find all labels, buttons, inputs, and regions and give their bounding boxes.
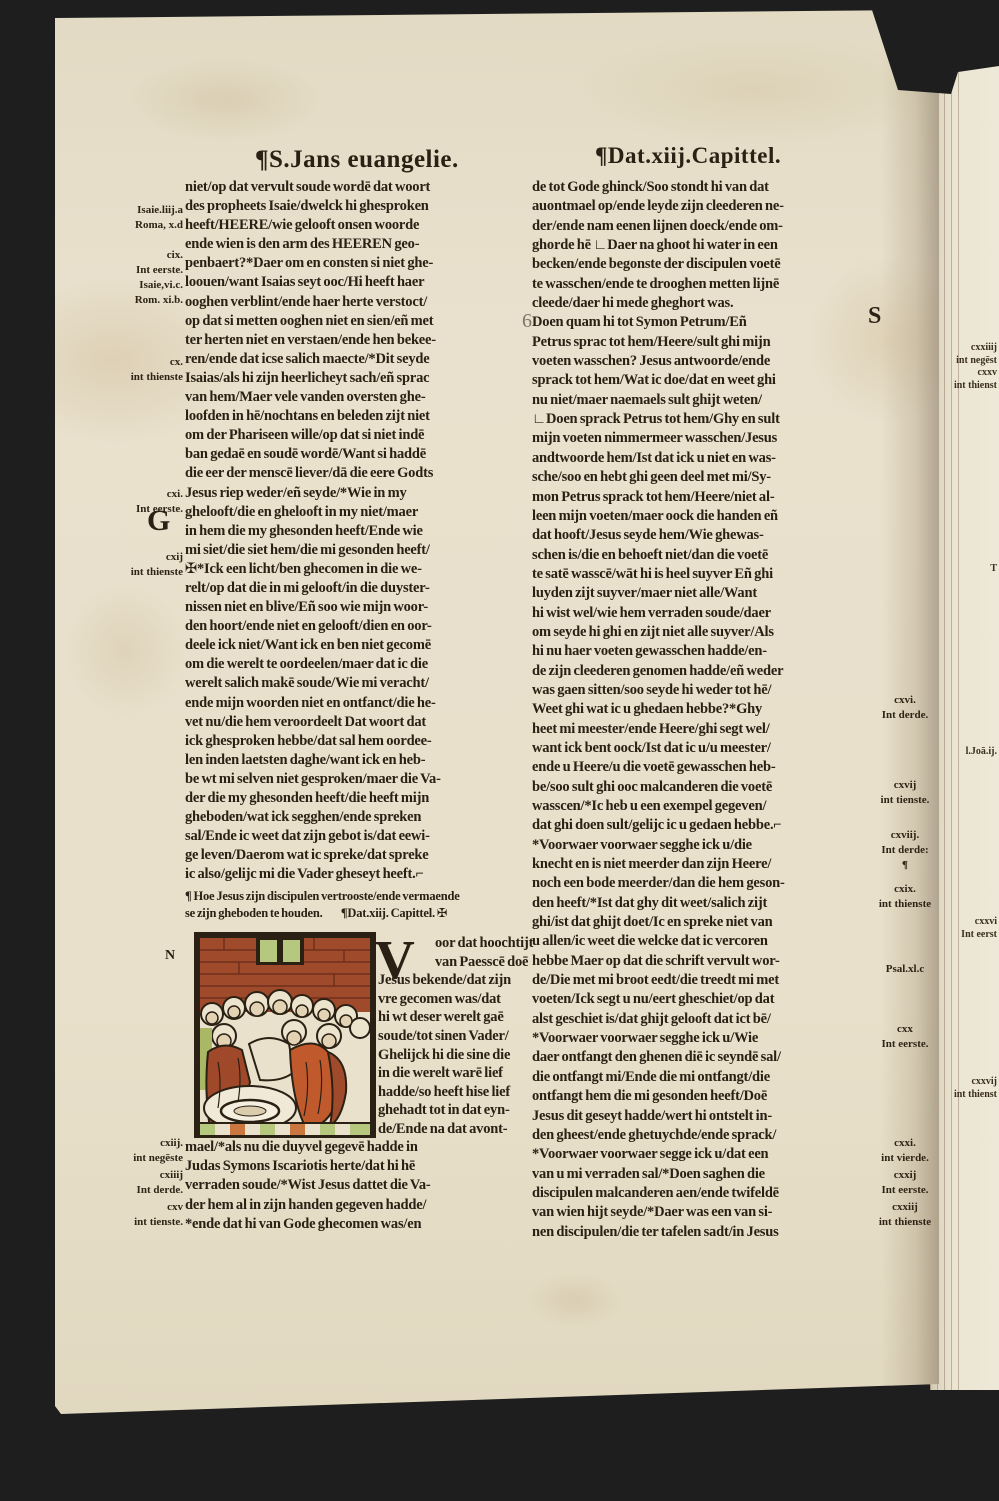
text-line: ghehadt tot in dat eyn- — [378, 1101, 524, 1120]
text-line: Doen quam hi tot Symon Petrum/Eñ — [532, 313, 874, 332]
left-column-text-bottom: mael/*als nu die duyvel gegevē hadde inJ… — [185, 1138, 523, 1234]
text-line: Ghelijck hi die sine die — [378, 1046, 524, 1065]
text-line: ic also/gelijc mi die Vader gheseyt heef… — [185, 865, 523, 884]
text-line: op dat si metten ooghen niet en sien/eñ … — [185, 312, 523, 331]
text-line: van Paesscē doē — [378, 953, 524, 972]
margin-note: cx.int thienste — [83, 355, 183, 385]
text-line: vre gecomen was/dat — [378, 990, 524, 1009]
text-line: ter herten niet en verstaen/ende hen bek… — [185, 331, 523, 350]
text-line: ende wien is den arm des HEEREN geo- — [185, 235, 523, 254]
last-supper-woodcut-illustration — [194, 932, 376, 1138]
margin-note-line: cxxv — [935, 367, 997, 380]
text-line: ∟Doen sprack Petrus tot hem/Ghy en sult — [532, 410, 874, 429]
text-line: voeten/Ick segt u nu/eert gheschiet/op d… — [532, 990, 874, 1009]
text-line: werelt salich makē soude/Wie mi veracht/ — [185, 674, 523, 693]
margin-note-line: Isaie.liij.a — [83, 203, 183, 218]
text-line: om der Phariseen wille/op dat si niet in… — [185, 426, 523, 445]
margin-note-line: cxi. — [83, 487, 183, 502]
text-line: mon Petrus sprack tot hem/Heere/niet al- — [532, 488, 874, 507]
text-line: Jesus dit geseyt hadde/wert hi ontstelt … — [532, 1107, 874, 1126]
text-line: noch een bode meerder/dan die hem geson- — [532, 874, 874, 893]
text-line: dat ghi doen sult/gelijc ic u gedaen heb… — [532, 816, 874, 835]
text-line: hadde/so heeft hise lief — [378, 1083, 524, 1102]
text-line: cleede/daer hi mede gheghort was. — [532, 294, 874, 313]
text-line: verraden soude/*Wist Jesus dattet die Va… — [185, 1176, 523, 1195]
text-line: de/Die met mi broot eedt/die treedt mi m… — [532, 971, 874, 990]
text-line: *Voorwaer voorwaer segge ick u/dat een — [532, 1145, 874, 1164]
margin-note: cxiij.int negēste — [83, 1136, 183, 1166]
left-column-text: niet/op dat vervult soude wordē dat woor… — [185, 178, 523, 884]
text-line: knecht en is niet meerder dan zijn Heere… — [532, 855, 874, 874]
text-line: in hem die my ghesonden heeft/Ende wie — [185, 522, 523, 541]
text-line: leen mijn voeten/maer oock die handen eñ — [532, 507, 874, 526]
text-line: vet nu/die hem veroordeelt Dat woort dat — [185, 713, 523, 732]
margin-note-line: cxv — [83, 1200, 183, 1215]
text-line: *Voorwaer voorwaer segghe ick u/Wie — [532, 1029, 874, 1048]
text-line: daer ontfangt den ghenen diē ic seyndē s… — [532, 1048, 874, 1067]
margin-note-line: int thienste — [83, 565, 183, 580]
text-line: deele ick niet/Want ick en ben niet geco… — [185, 636, 523, 655]
margin-note-line: l.Joā.ij. — [935, 746, 997, 759]
page-edge-note: cxxvijint thienst — [935, 1076, 997, 1101]
margin-note-line: cx. — [83, 355, 183, 370]
text-line: der die my ghesonden heeft/die heeft mij… — [185, 789, 523, 808]
text-line: ren/ende dat icse salich maecte/*Dit sey… — [185, 350, 523, 369]
text-line: de tot Gode ghinck/Soo stondt hi van dat — [532, 178, 874, 197]
margin-note-line: cxxiiij — [935, 342, 997, 355]
page-edge-note: cxxviInt eerst — [935, 916, 997, 941]
text-line: *Voorwaer voorwaer segghe ick u/die — [532, 836, 874, 855]
margin-note-line: cix. — [83, 248, 183, 263]
text-line: om seyde hi ghi en zijt niet alle suyver… — [532, 623, 874, 642]
text-line: Weet ghi wat ic u ghedaen hebbe?*Ghy — [532, 700, 874, 719]
text-line: ende mijn woorden niet en ontfanct/die h… — [185, 694, 523, 713]
text-line: de zijn cleederen genomen hadde/eñ weder — [532, 662, 874, 681]
text-line: sche/soo en hebt ghi geen deel met mi/Sy… — [532, 468, 874, 487]
text-line: ghelooft/die en ghelooft in my niet/maer — [185, 503, 523, 522]
text-line: hi nu haer voeten gewasschen hadde/en- — [532, 642, 874, 661]
text-line: dat hooft/Jesus seyde hem/Wie ghewas- — [532, 526, 874, 545]
margin-note-line: cxij — [83, 550, 183, 565]
text-line: der hem al in zijn handen gegeven hadde/ — [185, 1196, 523, 1215]
margin-note-line: cxiiij — [83, 1168, 183, 1183]
text-line: in die werelt warē lief — [378, 1064, 524, 1083]
margin-mark: N — [165, 948, 175, 964]
text-line: de/Ende na dat avont- — [378, 1120, 524, 1139]
text-line: discipulen malcanderen aen/ende twifeldē — [532, 1184, 874, 1203]
margin-note: cix.Int eerste.Isaie,vi.c.Rom. xi.b. — [83, 248, 183, 308]
text-line: nen discipulen/die ter tafelen sadt/in J… — [532, 1223, 874, 1242]
margin-note-line: cxiij. — [83, 1136, 183, 1151]
text-line: ooghen verblint/ende haer herte verstoct… — [185, 293, 523, 312]
text-line: be/soo sult ghi ooc malcanderen die voet… — [532, 778, 874, 797]
text-line: van wien hijt seyde/*Daer was een van si… — [532, 1203, 874, 1222]
margin-note-line: int negēste — [83, 1151, 183, 1166]
text-line: loouen/want Isaias seyt ooc/Hi heeft hae… — [185, 273, 523, 292]
text-line: om die werelt te oordeelen/maer dat ic d… — [185, 655, 523, 674]
text-line: auontmael op/ende leyde zijn cleederen n… — [532, 197, 874, 216]
text-line: ✠*Ick een licht/ben ghecomen in die we- — [185, 560, 523, 579]
text-line: Judas Symons Iscariotis herte/dat hi hē — [185, 1157, 523, 1176]
text-line: voeten wasschen? Jesus antwoorde/ende — [532, 352, 874, 371]
margin-note-line: int negēst — [935, 355, 997, 368]
text-line: len inden laetsten daghe/want ick en heb… — [185, 751, 523, 770]
text-line: oor dat hoochtijt — [378, 934, 524, 953]
caption-line: ¶ Hoe Jesus zijn discipulen vertrooste/e… — [185, 888, 530, 905]
text-line: nissen niet en blive/Eñ soo wie mijn woo… — [185, 598, 523, 617]
text-line: die ontfangt mi/Ende die mi ontfangt/die — [532, 1068, 874, 1087]
gutter-shadow — [881, 10, 939, 1422]
text-line: penbaert?*Daer om en consten si niet ghe… — [185, 254, 523, 273]
margin-note-line: cxxvi — [935, 916, 997, 929]
text-line: den gheest/ende ghetuychde/ende sprack/ — [532, 1126, 874, 1145]
margin-note-line: int thienst — [935, 380, 997, 393]
text-line: heeft/HEERE/wie gelooft onsen woorde — [185, 216, 523, 235]
text-line: van u mi verraden sal/*Doen saghen die — [532, 1165, 874, 1184]
margin-note-line: T — [935, 563, 997, 576]
text-line: soude/tot sinen Vader/ — [378, 1027, 524, 1046]
text-line: Jesus bekende/dat zijn — [378, 971, 524, 990]
text-line: Petrus sprac tot hem/Heere/sult ghi mijn — [532, 333, 874, 352]
text-line: hi wt deser werelt gaē — [378, 1008, 524, 1027]
margin-guide-letter-g: G — [147, 504, 170, 538]
right-column-text: de tot Gode ghinck/Soo stondt hi van dat… — [532, 178, 874, 1242]
text-line: alst geschiet is/dat ghijt gelooft dat i… — [532, 1010, 874, 1029]
margin-note-line: Int eerst — [935, 929, 997, 942]
text-line: want ick bent oock/Ist dat ic u/u meeste… — [532, 739, 874, 758]
margin-note-line: int thienste — [83, 370, 183, 385]
handwritten-folio-number: 6 — [522, 310, 532, 333]
text-line: Isaias/als hi zijn heerlicheyt sach/eñ s… — [185, 369, 523, 388]
page-edge-note: T — [935, 563, 997, 576]
text-line: der/ende nam eenen lijnen doeck/ende om- — [532, 217, 874, 236]
margin-note: Isaie.liij.aRoma, x.d — [83, 203, 183, 233]
margin-note: cxijint thienste — [83, 550, 183, 580]
text-line: niet/op dat vervult soude wordē dat woor… — [185, 178, 523, 197]
text-line: ban gedaē en soudē wordē/Want si haddē — [185, 445, 523, 464]
text-line: wasscen/*Ic heb u een exempel gegeven/ — [532, 797, 874, 816]
caption-line: se zijn gheboden te houden. ¶Dat.xiij. C… — [185, 905, 530, 922]
text-line: sal/Ende ic weet dat zijn gebot is/dat e… — [185, 827, 523, 846]
left-column-text-beside-woodcut: oor dat hoochtijtvan Paesscē doēJesus be… — [378, 934, 524, 1139]
text-line: mijn voeten nimmermeer wasschen/Jesus — [532, 429, 874, 448]
margin-note: cxiiijInt derde. — [83, 1168, 183, 1198]
text-line: te wasschen/ende te drooghen metten lijn… — [532, 275, 874, 294]
text-line: hebbe Maer op dat die schrift vervult wo… — [532, 952, 874, 971]
text-line: den hoort/ende niet en gelooft/dien en o… — [185, 617, 523, 636]
text-line: nu niet/maer naemaels sult ghijt weten/ — [532, 391, 874, 410]
text-line: ontfangt hem die mi gesonden heeft/Doē — [532, 1087, 874, 1106]
text-line: andtwoorde hem/Ist dat ick u niet en was… — [532, 449, 874, 468]
page-edge-note: l.Joā.ij. — [935, 746, 997, 759]
text-line: hi wist wel/wie hem verraden soude/daer — [532, 604, 874, 623]
text-line: mi siet/die siet hem/die mi gesonden hee… — [185, 541, 523, 560]
text-line: becken/ende begonste der discipulen voet… — [532, 255, 874, 274]
text-line: ick ghesproken hebbe/dat sal hem oordee- — [185, 732, 523, 751]
text-line: ghorde hē ∟Daer na ghoot hi water in een — [532, 236, 874, 255]
book-scan: cxxiiijint negēstcxxvint thienstTl.Joā.i… — [0, 0, 999, 1501]
text-line: relt/op dat die in mi gelooft/in die duy… — [185, 579, 523, 598]
text-line: den heeft/*Ist dat ghy dit weet/salich z… — [532, 894, 874, 913]
text-line: be wt mi selven niet gesproken/maer die … — [185, 770, 523, 789]
main-page: ¶S.Jans euangelie. ¶Dat.xiij.Capittel. n… — [55, 10, 939, 1422]
section-caption: ¶ Hoe Jesus zijn discipulen vertrooste/e… — [185, 888, 530, 922]
text-line: ende u Heere/u die voetē gewasschen heb- — [532, 758, 874, 777]
margin-note-line: Rom. xi.b. — [83, 293, 183, 308]
text-line: *ende dat hi van Gode ghecomen was/en — [185, 1215, 523, 1234]
text-line: heet mi meester/ende Heere/ghi segt wel/ — [532, 720, 874, 739]
margin-note-line: Roma, x.d — [83, 218, 183, 233]
text-line: mael/*als nu die duyvel gegevē hadde in — [185, 1138, 523, 1157]
running-title-right: ¶Dat.xiij.Capittel. — [595, 143, 781, 169]
text-line: ge leven/Daerom wat ic spreke/dat spreke — [185, 846, 523, 865]
text-line: luyden zijt suyver/maer niet alle/Want — [532, 584, 874, 603]
margin-note-line: Isaie,vi.c. — [83, 278, 183, 293]
text-line: ghi/ist dat ghijt doet/Ic en spreke niet… — [532, 913, 874, 932]
text-line: Jesus riep weder/eñ seyde/*Wie in my — [185, 484, 523, 503]
margin-note-line: Int eerste. — [83, 263, 183, 278]
page-edge-note: cxxiiijint negēstcxxvint thienst — [935, 342, 997, 392]
margin-note-line: int thienst — [935, 1089, 997, 1102]
text-line: van hem/Maer vele vanden oversten ghe- — [185, 388, 523, 407]
margin-note-line: int tienste. — [83, 1215, 183, 1230]
margin-note-line: Int derde. — [83, 1183, 183, 1198]
text-line: schen is/die en behoeft niet/dan die voe… — [532, 546, 874, 565]
text-line: des propheets Isaie/dwelck hi ghesproken — [185, 197, 523, 216]
text-line: die eer der menscē liever/dā die eere Go… — [185, 464, 523, 483]
text-line: gheboden/wat ick segghen/ende spreken — [185, 808, 523, 827]
text-line: sprack tot hem/Wat ic doe/dat en weet gh… — [532, 371, 874, 390]
margin-note: cxvint tienste. — [83, 1200, 183, 1230]
margin-note-line: cxxvij — [935, 1076, 997, 1089]
text-line: loofden in hē/nochtans en beleden zijt n… — [185, 407, 523, 426]
running-title-left: ¶S.Jans euangelie. — [255, 146, 459, 174]
text-line: was gaen sitten/soo seyde hi weder tot h… — [532, 681, 874, 700]
facing-page-edges: cxxiiijint negēstcxxvint thienstTl.Joā.i… — [930, 58, 999, 1390]
text-line: te satē wasscē/wāt hi is heel suyver Eñ … — [532, 565, 874, 584]
signature-letter-s: S — [868, 303, 881, 330]
text-line: u allen/ic weet die welcke dat ic vercor… — [532, 932, 874, 951]
